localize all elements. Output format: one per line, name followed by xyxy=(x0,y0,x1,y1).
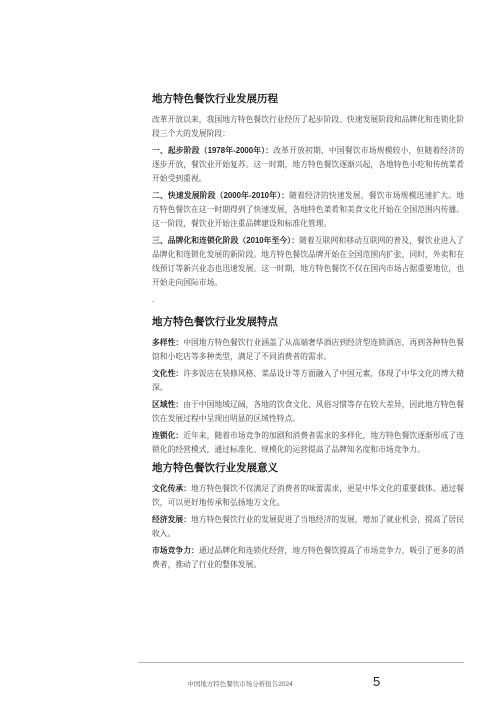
page-content: 地方特色餐饮行业发展历程 改革开放以来，我国地方特色餐饮行业经历了起步阶段、快速… xyxy=(152,92,464,575)
section-features-heading: 地方特色餐饮行业发展特点 xyxy=(152,315,464,330)
paragraph-label: 一、起步阶段（1978年-2000年）： xyxy=(152,146,273,155)
paragraph-cultural-heritage: 文化传承：地方特色餐饮不仅满足了消费者的味蕾需求，更是中华文化的重要载体。通过餐… xyxy=(152,482,464,510)
paragraph-stage-2: 二、快速发展阶段（2000年-2010年）：随着经济的快速发展，餐饮市场规模迅速… xyxy=(152,189,464,231)
paragraph-text: 由于中国地域辽阔，各地的饮食文化、风俗习惯等存在较大差异，因此地方特色餐饮在发展… xyxy=(152,400,464,423)
paragraph-text: 近年来，随着市场竞争的加剧和消费者需求的多样化，地方特色餐饮逐渐形成了连锁化的经… xyxy=(152,431,464,454)
paragraph-label: 三、品牌化和连锁化阶段（2010年至今）： xyxy=(152,236,299,245)
paragraph-diversity: 多样性：中国地方特色餐饮行业涵盖了从高端奢华酒店到经济型连锁酒店，再到各种特色餐… xyxy=(152,336,464,364)
section-significance-heading: 地方特色餐饮行业发展意义 xyxy=(152,461,464,476)
paragraph-text: . xyxy=(152,295,154,304)
paragraph-label: 经济发展： xyxy=(152,515,191,524)
paragraph-culture: 文化性：许多饭店在装修风格、菜品设计等方面融入了中国元素，体现了中华文化的博大精… xyxy=(152,367,464,395)
document-page: 地方特色餐饮行业发展历程 改革开放以来，我国地方特色餐饮行业经历了起步阶段、快速… xyxy=(0,0,500,707)
paragraph-market-competitiveness: 市场竞争力：通过品牌化和连锁化经营，地方特色餐饮提高了市场竞争力，吸引了更多的消… xyxy=(152,544,464,572)
paragraph-text: 改革开放以来，我国地方特色餐饮行业经历了起步阶段、快速发展阶段和品牌化和连锁化阶… xyxy=(152,115,464,138)
paragraph-stage-3: 三、品牌化和连锁化阶段（2010年至今）：随着互联网和移动互联网的普及，餐饮业进… xyxy=(152,234,464,290)
paragraph-text: 中国地方特色餐饮行业涵盖了从高端奢华酒店到经济型连锁酒店，再到各种特色餐馆和小吃… xyxy=(152,338,464,361)
paragraph-label: 市场竞争力： xyxy=(152,546,199,555)
section-history-heading: 地方特色餐饮行业发展历程 xyxy=(152,92,464,107)
footer-divider xyxy=(138,662,464,663)
paragraph-history-intro: 改革开放以来，我国地方特色餐饮行业经历了起步阶段、快速发展阶段和品牌化和连锁化阶… xyxy=(152,113,464,141)
paragraph-chainization: 连锁化：近年来，随着市场竞争的加剧和消费者需求的多样化，地方特色餐饮逐渐形成了连… xyxy=(152,429,464,457)
paragraph-label: 多样性： xyxy=(152,338,183,347)
paragraph-label: 文化性： xyxy=(152,369,183,378)
paragraph-economic-development: 经济发展：地方特色餐饮行业的发展促进了当地经济的发展，增加了就业机会，提高了居民… xyxy=(152,513,464,541)
page-number: 5 xyxy=(373,674,380,689)
section-development-history: 地方特色餐饮行业发展历程 改革开放以来，我国地方特色餐饮行业经历了起步阶段、快速… xyxy=(152,92,464,307)
paragraph-label: 连锁化： xyxy=(152,431,183,440)
footer-report-title: 中国地方特色餐饮市场分析报告2024 xyxy=(140,679,340,688)
paragraph-stray-period: . xyxy=(152,293,464,307)
section-development-significance: 地方特色餐饮行业发展意义 文化传承：地方特色餐饮不仅满足了消费者的味蕾需求，更是… xyxy=(152,461,464,572)
paragraph-label: 区域性： xyxy=(152,400,183,409)
paragraph-stage-1: 一、起步阶段（1978年-2000年）：改革开放初期，中国餐饮市场规模较小，但随… xyxy=(152,144,464,186)
paragraph-text: 通过品牌化和连锁化经营，地方特色餐饮提高了市场竞争力，吸引了更多的消费者，推动了… xyxy=(152,546,464,569)
paragraph-regionality: 区域性：由于中国地域辽阔，各地的饮食文化、风俗习惯等存在较大差异，因此地方特色餐… xyxy=(152,398,464,426)
paragraph-text: 地方特色餐饮行业的发展促进了当地经济的发展，增加了就业机会，提高了居民收入。 xyxy=(152,515,464,538)
paragraph-label: 文化传承： xyxy=(152,484,191,493)
paragraph-text: 地方特色餐饮不仅满足了消费者的味蕾需求，更是中华文化的重要载体。通过餐饮，可以更… xyxy=(152,484,464,507)
paragraph-text: 许多饭店在装修风格、菜品设计等方面融入了中国元素，体现了中华文化的博大精深。 xyxy=(152,369,464,392)
section-development-features: 地方特色餐饮行业发展特点 多样性：中国地方特色餐饮行业涵盖了从高端奢华酒店到经济… xyxy=(152,315,464,457)
paragraph-label: 二、快速发展阶段（2000年-2010年）： xyxy=(152,191,289,200)
